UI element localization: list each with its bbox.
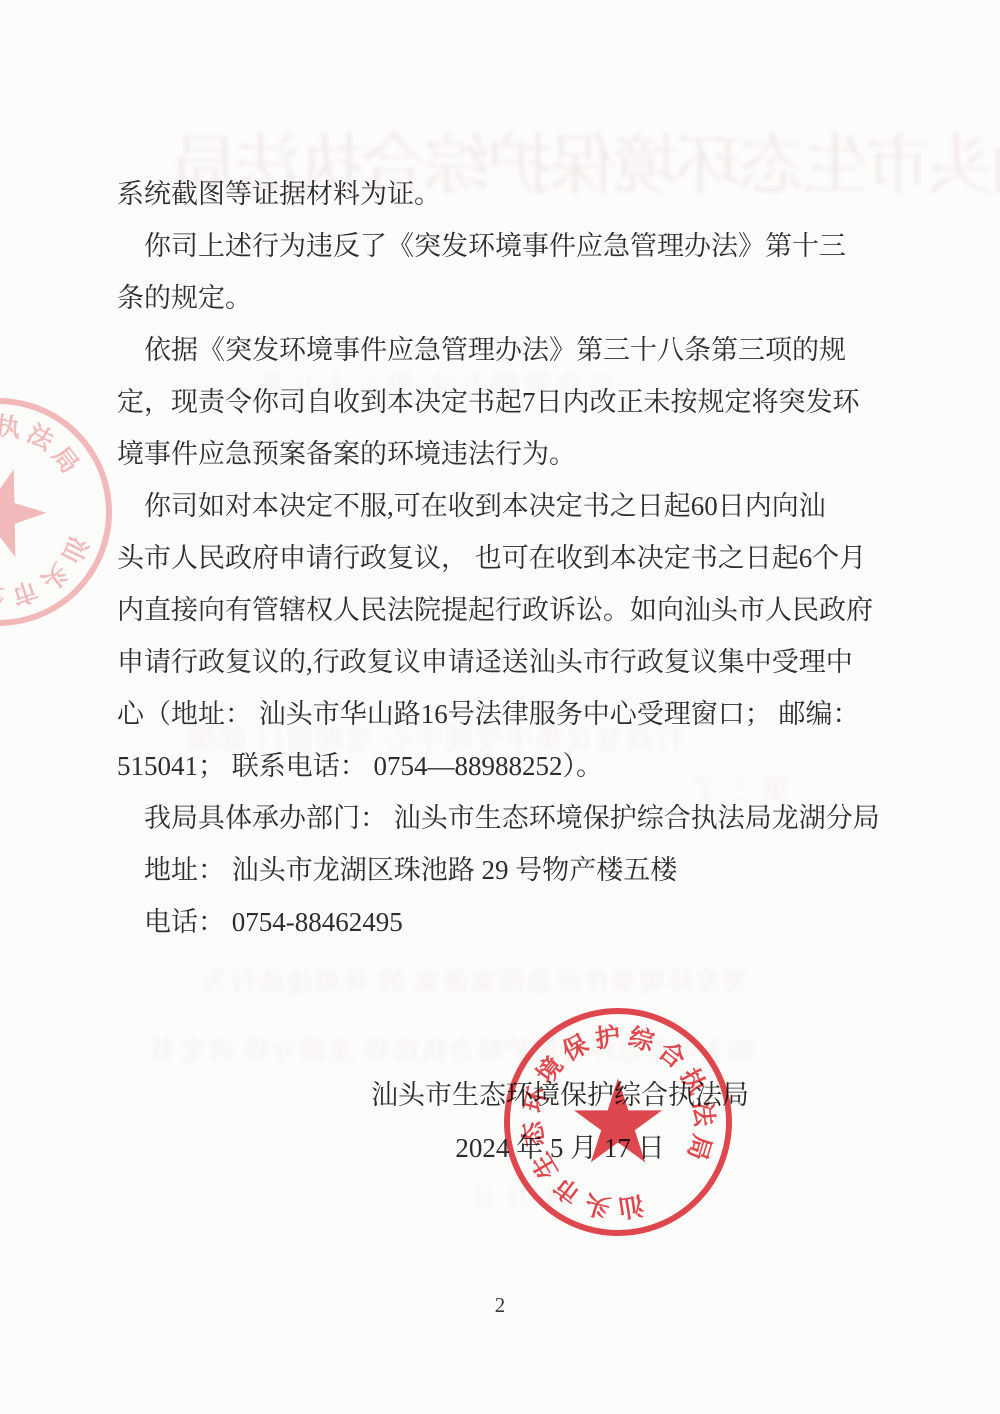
seal-character: 执 xyxy=(0,413,23,444)
document-text-line: 电话： 0754-88462495 xyxy=(117,896,887,948)
document-body: 系统截图等证据材料为证。 你司上述行为违反了《突发环境事件应急管理办法》第十三条… xyxy=(117,168,887,948)
document-text-line: 515041； 联系电话： 0754—88988252）。 xyxy=(117,740,887,792)
seal-character: 法 xyxy=(686,1098,717,1129)
document-text-line: 心（地址： 汕头市华山路16号法律服务中心受理窗口； 邮编： xyxy=(117,688,887,740)
page-number: 2 xyxy=(0,1293,1000,1318)
document-text-line: 我局具体承办部门： 汕头市生态环境保护综合执法局龙湖分局 xyxy=(117,792,887,844)
document-text-line: 定，现责令你司自收到本决定书起7日内改正未按规定将突发环 xyxy=(117,376,887,428)
seal-character: 护 xyxy=(592,1023,623,1054)
document-page: 汕头市生态环境保护综合执法局应急管理办法 第三十八条行政复议集中受理中心 受理窗… xyxy=(0,0,1000,1414)
document-text-line: 头市人民政府申请行政复议， 也可在收到本决定书之日起6个月 xyxy=(117,532,887,584)
document-text-line: 依据《突发环境事件应急管理办法》第三十八条第三项的规 xyxy=(117,324,887,376)
seal-character: 汕 xyxy=(615,1189,647,1221)
document-text-line: 内直接向有管辖权人民法院提起行政诉讼。如向汕头市人民政府 xyxy=(117,584,887,636)
document-text-line: 系统截图等证据材料为证。 xyxy=(117,168,887,220)
bleed-through-ghost-text: 突发环境事件应急预案备案 的 环境违法行为 xyxy=(200,962,749,999)
official-seal: 汕头市生态环境保护综合执法局 xyxy=(504,1008,732,1236)
document-text-line: 地址： 汕头市龙湖区珠池路 29 号物产楼五楼 xyxy=(117,844,887,896)
document-text-line: 申请行政复议的,行政复议申请迳送汕头市行政复议集中受理中 xyxy=(117,636,887,688)
document-text-line: 你司如对本决定不服,可在收到本决定书之日起60日内向汕 xyxy=(117,480,887,532)
document-text-line: 你司上述行为违反了《突发环境事件应急管理办法》第十三 xyxy=(117,220,887,272)
seal-character: 态 xyxy=(519,1118,551,1150)
document-text-line: 境事件应急预案备案的环境违法行为。 xyxy=(117,428,887,480)
document-text-line: 条的规定。 xyxy=(117,272,887,324)
